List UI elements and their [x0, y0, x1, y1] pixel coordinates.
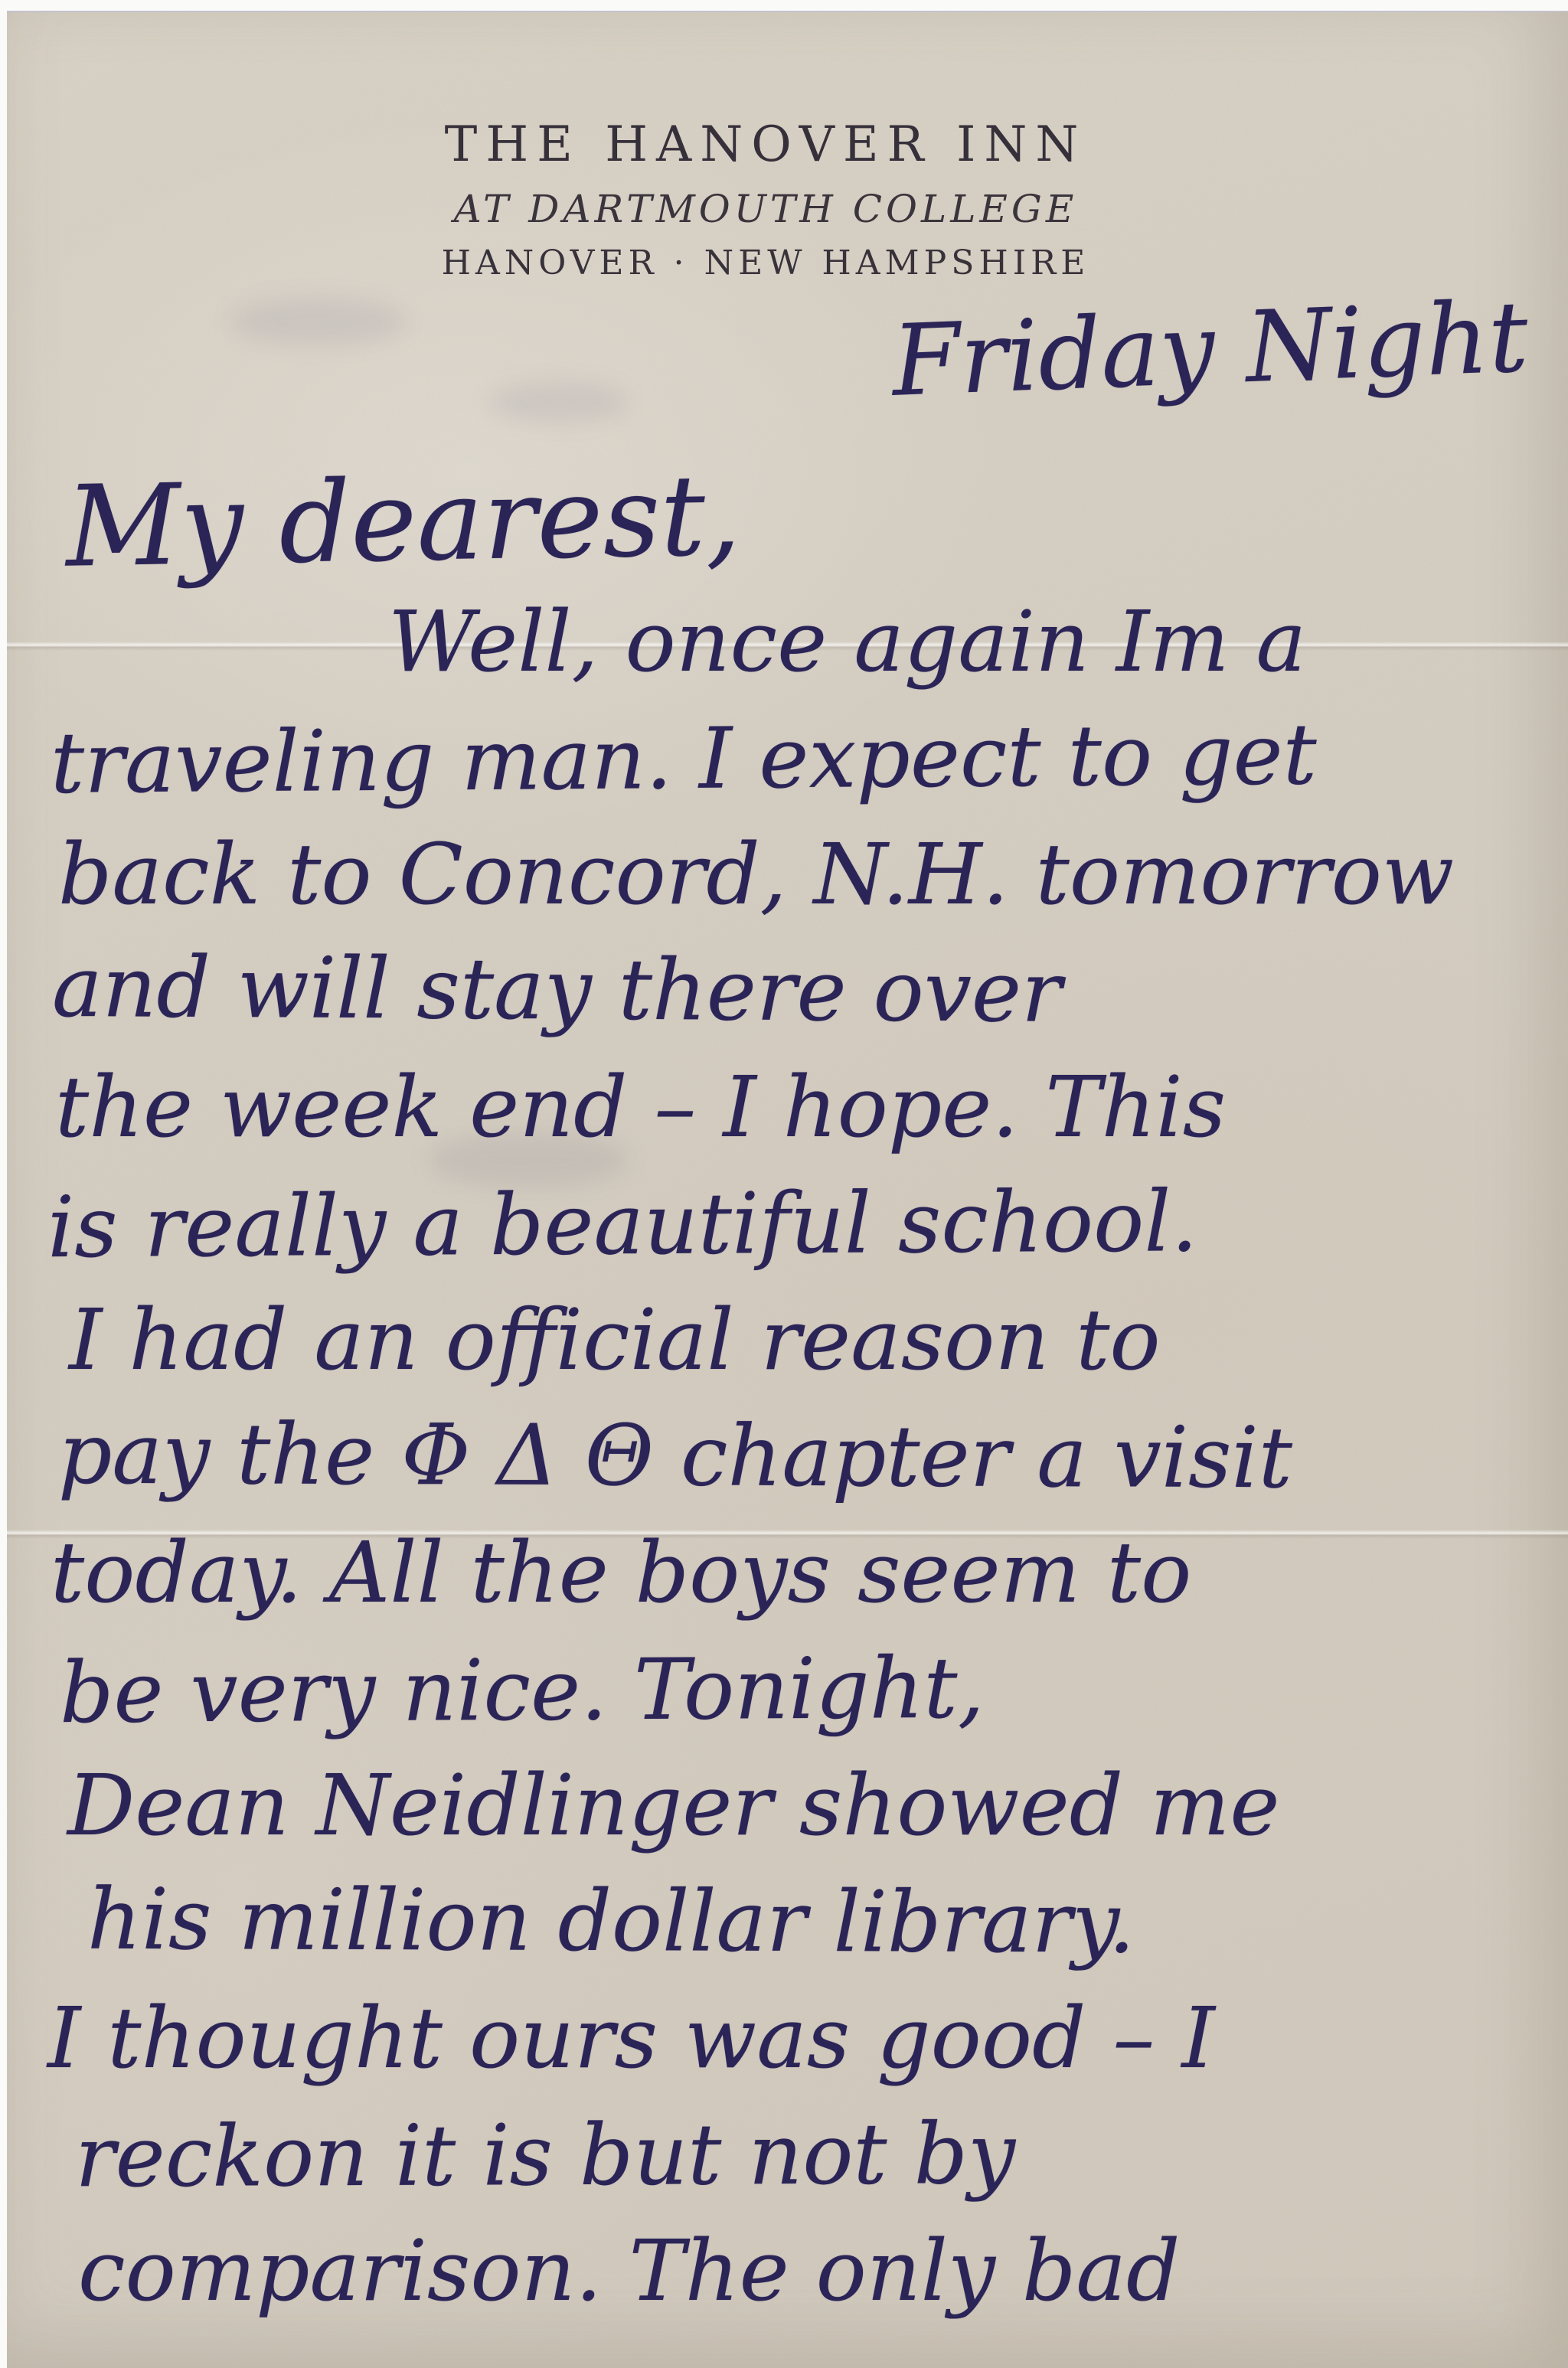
letterhead-hotel-name: THE HANOVER INN [0, 116, 1531, 173]
ink-bleed-smudge [490, 383, 628, 421]
handwritten-line: Well, once again Im a [47, 583, 1553, 700]
handwritten-line: traveling man. I expect to get [47, 694, 1553, 821]
handwritten-date: Friday Night [890, 280, 1530, 419]
letterhead-city-state: HANOVER · NEW HAMPSHIRE [0, 243, 1531, 283]
scan-edge-top [0, 0, 1568, 12]
letterhead-college-line: AT DARTMOUTH COLLEGE [0, 187, 1531, 231]
salutation: My dearest, [65, 450, 742, 592]
letterhead: THE HANOVER INN AT DARTMOUTH COLLEGE HAN… [0, 116, 1531, 283]
ink-bleed-smudge [230, 299, 406, 345]
handwritten-line: reckon it is but not by [47, 2094, 1553, 2216]
handwritten-line: comparison. The only bad [47, 2213, 1553, 2329]
handwritten-line: today. All the boys seem to [47, 1514, 1553, 1631]
handwritten-line: is really a beautiful school. [47, 1161, 1553, 1285]
handwritten-line: pay the Φ Δ Θ chapter a visit [47, 1396, 1553, 1517]
letter-body: Well, once again Im a traveling man. I e… [47, 583, 1553, 2329]
handwritten-line: his million dollar library. [47, 1861, 1553, 1983]
letter-scan-page: THE HANOVER INN AT DARTMOUTH COLLEGE HAN… [0, 0, 1568, 2368]
handwritten-line: I had an official reason to [47, 1282, 1553, 1398]
handwritten-line: I thought ours was good – I [47, 1980, 1553, 2096]
handwritten-line: and will stay there over [47, 929, 1553, 1053]
handwritten-line: back to Concord, N.H. tomorrow [47, 816, 1553, 933]
handwritten-line: the week end – I hope. This [47, 1049, 1553, 1165]
handwritten-line: Dean Neidlinger showed me [47, 1747, 1553, 1863]
scan-edge-left [0, 0, 7, 2368]
handwritten-line: be very nice. Tonight, [47, 1627, 1553, 1751]
